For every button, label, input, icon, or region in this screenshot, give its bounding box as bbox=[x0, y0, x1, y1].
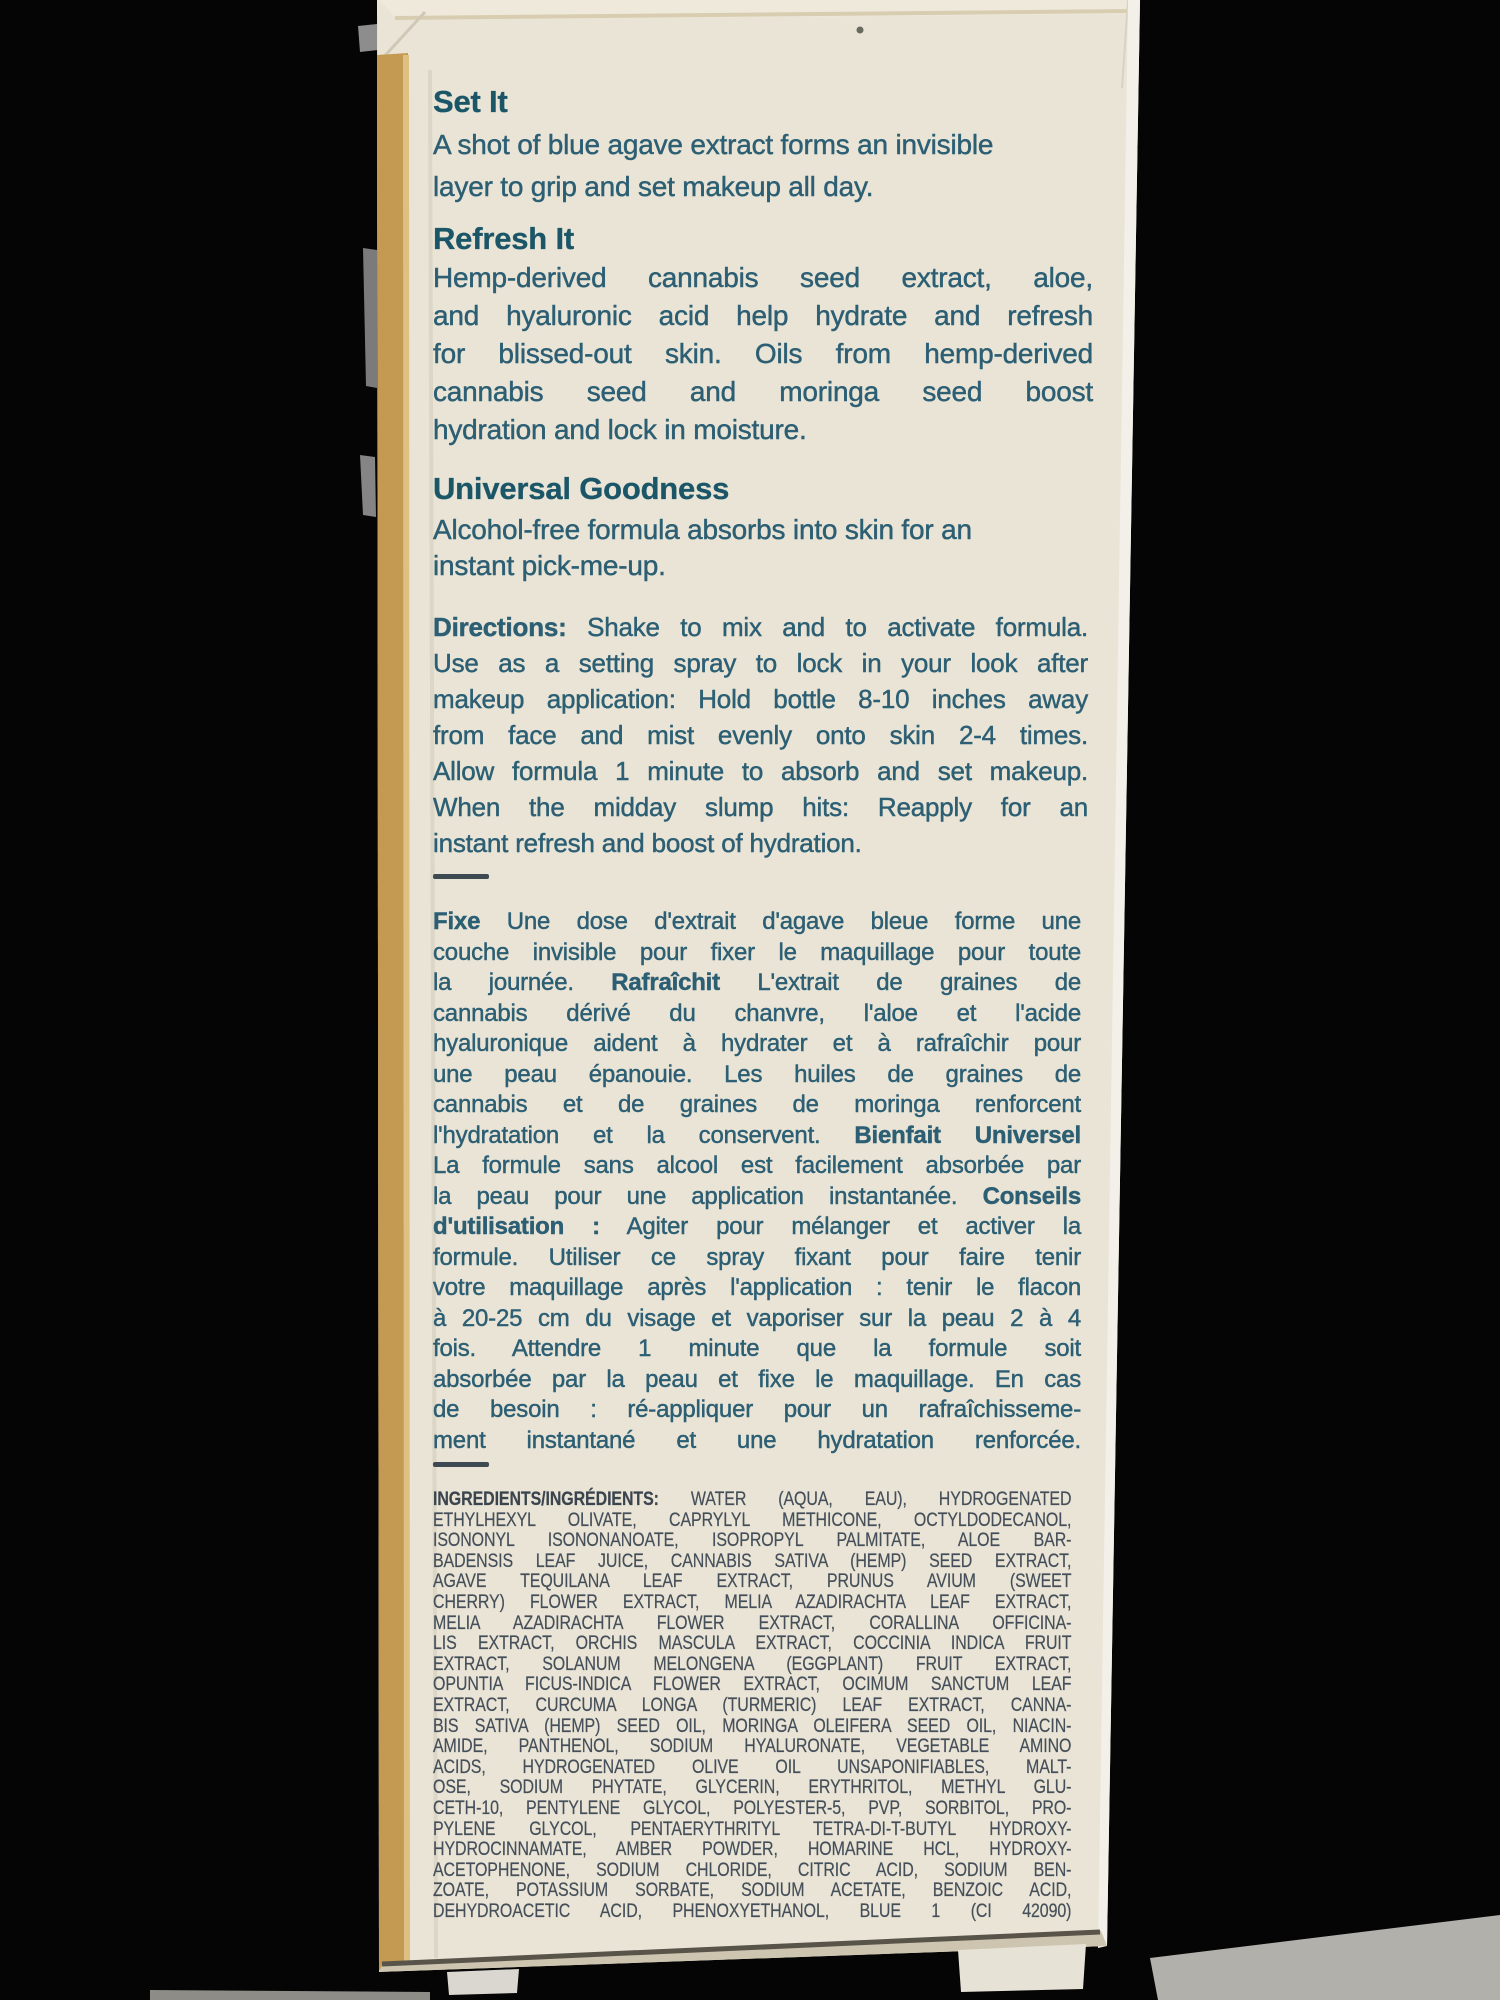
paragraph-set-it: A shot of blue agave extract forms an in… bbox=[433, 124, 1093, 208]
paragraph-french: Fixe Une dose d'extrait d'agave bleue fo… bbox=[433, 907, 1081, 1456]
divider-dash-bottom bbox=[433, 1462, 489, 1467]
box-bottom-tab-left bbox=[447, 1969, 519, 1995]
section-heading-set-it: Set It bbox=[433, 84, 508, 120]
background-gray-patch-top-left bbox=[358, 24, 378, 52]
paragraph-refresh-it: Hemp-derived cannabis seed extract, aloe… bbox=[433, 259, 1093, 449]
paragraph-universal-goodness: Alcohol-free formula absorbs into skin f… bbox=[433, 512, 1093, 584]
product-box-photo: Set It A shot of blue agave extract form… bbox=[0, 0, 1500, 2000]
box-bottom-tab-right bbox=[958, 1944, 1086, 1992]
paragraph-directions: Directions: Shake to mix and to activate… bbox=[433, 609, 1088, 861]
section-heading-refresh-it: Refresh It bbox=[433, 221, 574, 257]
box-surface-speck bbox=[857, 27, 864, 34]
section-heading-universal-goodness: Universal Goodness bbox=[433, 471, 729, 507]
divider-dash-top bbox=[433, 874, 489, 879]
paragraph-ingredients: INGREDIENTS/INGRÉDIENTS: WATER (AQUA, EA… bbox=[433, 1490, 1071, 1922]
box-left-edge-highlight bbox=[406, 55, 407, 1964]
